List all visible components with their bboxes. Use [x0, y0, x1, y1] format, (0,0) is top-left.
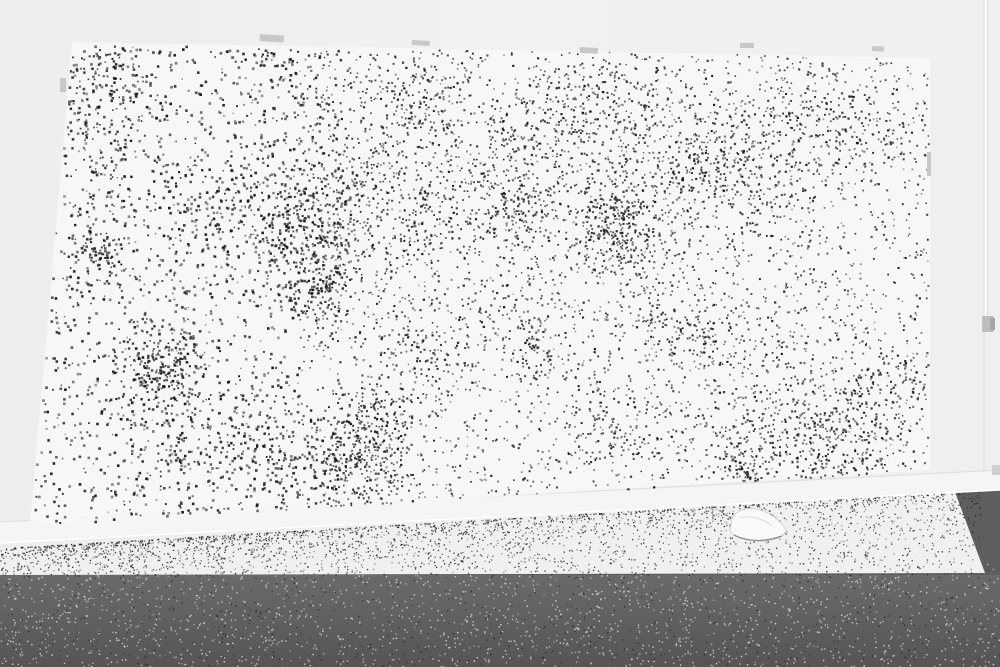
dot-sheet [30, 42, 930, 525]
photo-canvas [0, 0, 1000, 667]
photograph: Dot installation on gallery wall Black-a… [0, 0, 1000, 667]
